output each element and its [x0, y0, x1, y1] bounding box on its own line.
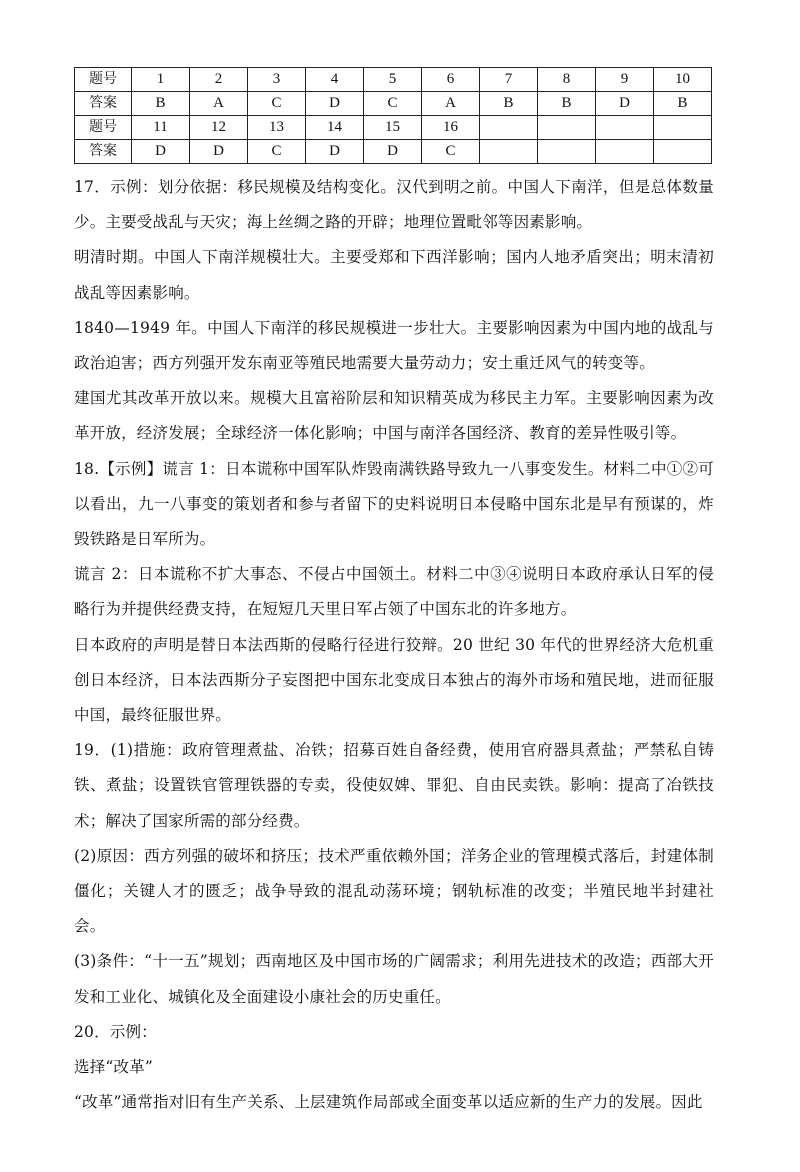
- document-page: 题号 1 2 3 4 5 6 7 8 9 10 答案 B A C D C A B: [74, 67, 714, 1120]
- table-cell: [654, 116, 712, 140]
- table-row: 题号 1 2 3 4 5 6 7 8 9 10: [75, 68, 712, 92]
- table-cell: 16: [422, 116, 480, 140]
- answer-18-paragraph-2: 谎言 2：日本谎称不扩大事态、不侵占中国领土。材料二中③④说明日本政府承认日军的…: [74, 557, 714, 627]
- answer-17-paragraph-4: 建国尤其改革开放以来。规模大且富裕阶层和知识精英成为移民主力军。主要影响因素为改…: [74, 381, 714, 451]
- table-cell: 12: [190, 116, 248, 140]
- table-cell: [480, 140, 538, 164]
- table-cell: 7: [480, 68, 538, 92]
- table-cell: 11: [132, 116, 190, 140]
- table-cell: D: [596, 92, 654, 116]
- row-header: 答案: [75, 92, 132, 116]
- answer-19-part-1: 19．(1)措施：政府管理煮盐、冶铁；招募百姓自备经费，使用官府器具煮盐；严禁私…: [74, 733, 714, 839]
- answer-table: 题号 1 2 3 4 5 6 7 8 9 10 答案 B A C D C A B: [74, 67, 712, 164]
- table-cell: 13: [248, 116, 306, 140]
- table-cell: C: [248, 140, 306, 164]
- answer-20-paragraph-1: “改革”通常指对旧有生产关系、上层建筑作局部或全面变革以适应新的生产力的发展。因…: [74, 1085, 714, 1120]
- table-cell: 2: [190, 68, 248, 92]
- table-cell: D: [190, 140, 248, 164]
- row-header: 答案: [75, 140, 132, 164]
- table-cell: A: [190, 92, 248, 116]
- table-cell: 4: [306, 68, 364, 92]
- answer-17-paragraph-3: 1840—1949 年。中国人下南洋的移民规模进一步壮大。主要影响因素为中国内地…: [74, 311, 714, 381]
- table-cell: B: [480, 92, 538, 116]
- table-cell: B: [538, 92, 596, 116]
- table-cell: D: [132, 140, 190, 164]
- table-cell: A: [422, 92, 480, 116]
- table-cell: 6: [422, 68, 480, 92]
- table-cell: C: [422, 140, 480, 164]
- table-cell: 10: [654, 68, 712, 92]
- answer-19-part-2: (2)原因：西方列强的破坏和挤压；技术严重依赖外国；洋务企业的管理模式落后，封建…: [74, 839, 714, 945]
- table-row: 答案 D D C D D C: [75, 140, 712, 164]
- table-cell: 15: [364, 116, 422, 140]
- table-cell: 5: [364, 68, 422, 92]
- table-cell: 3: [248, 68, 306, 92]
- answer-20-choice: 选择“改革”: [74, 1050, 714, 1085]
- answer-17-paragraph-2: 明清时期。中国人下南洋规模壮大。主要受郑和下西洋影响；国内人地矛盾突出；明末清初…: [74, 240, 714, 310]
- row-header: 题号: [75, 116, 132, 140]
- table-cell: 9: [596, 68, 654, 92]
- row-header: 题号: [75, 68, 132, 92]
- table-cell: B: [654, 92, 712, 116]
- answer-18-paragraph-3: 日本政府的声明是替日本法西斯的侵略行径进行狡辩。20 世纪 30 年代的世界经济…: [74, 628, 714, 734]
- table-cell: D: [306, 92, 364, 116]
- answer-body: 17．示例：划分依据：移民规模及结构变化。汉代到明之前。中国人下南洋，但是总体数…: [74, 170, 714, 1120]
- table-cell: 14: [306, 116, 364, 140]
- table-cell: [480, 116, 538, 140]
- table-cell: 1: [132, 68, 190, 92]
- table-cell: C: [364, 92, 422, 116]
- answer-20-heading: 20．示例：: [74, 1015, 714, 1050]
- table-cell: C: [248, 92, 306, 116]
- table-row: 答案 B A C D C A B B D B: [75, 92, 712, 116]
- table-cell: [654, 140, 712, 164]
- table-cell: [596, 140, 654, 164]
- table-cell: D: [306, 140, 364, 164]
- table-cell: D: [364, 140, 422, 164]
- table-cell: [538, 140, 596, 164]
- answer-19-part-3: (3)条件：“十一五”规划；西南地区及中国市场的广阔需求；利用先进技术的改造；西…: [74, 944, 714, 1014]
- table-cell: [596, 116, 654, 140]
- table-cell: B: [132, 92, 190, 116]
- answer-18-paragraph-1: 18.【示例】谎言 1：日本谎称中国军队炸毁南满铁路导致九一八事变发生。材料二中…: [74, 452, 714, 558]
- table-cell: [538, 116, 596, 140]
- table-row: 题号 11 12 13 14 15 16: [75, 116, 712, 140]
- answer-17-paragraph-1: 17．示例：划分依据：移民规模及结构变化。汉代到明之前。中国人下南洋，但是总体数…: [74, 170, 714, 240]
- table-cell: 8: [538, 68, 596, 92]
